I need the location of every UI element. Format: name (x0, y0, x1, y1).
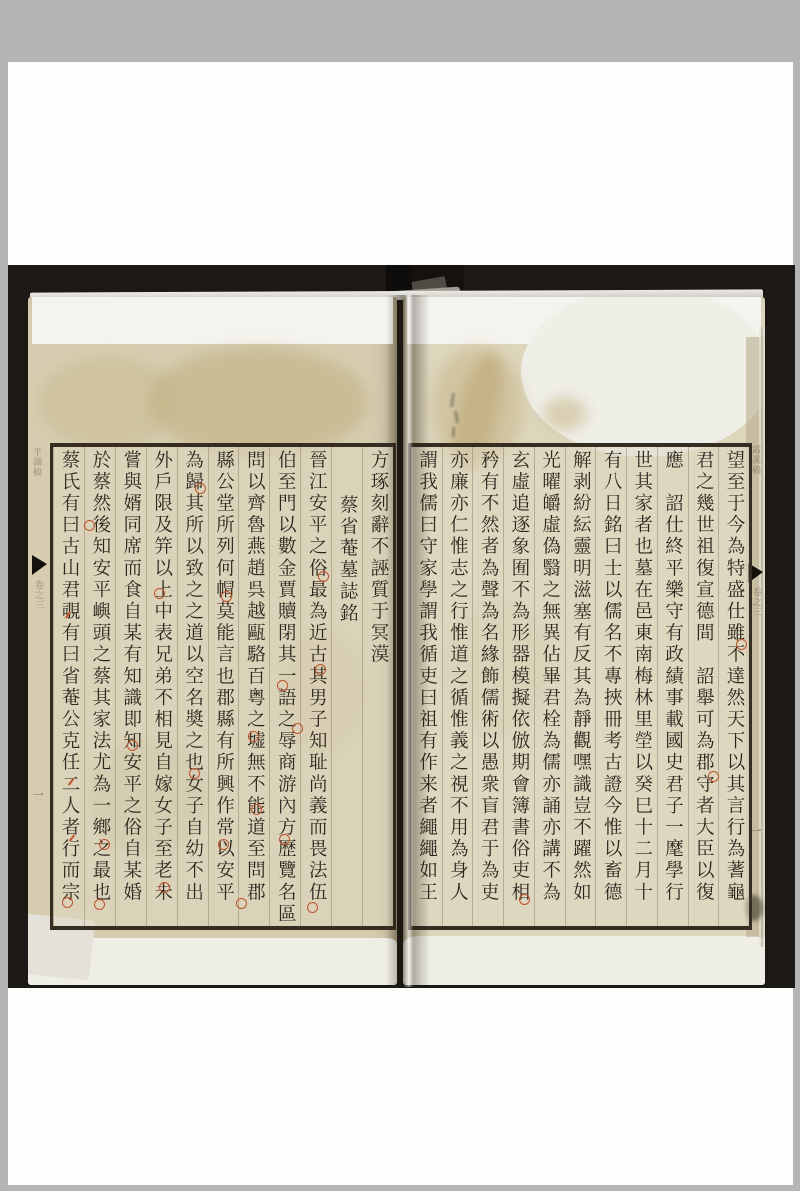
photo-vignette (8, 265, 795, 988)
book-photo: 平湖稿 卷之三 一 方琢刻辭不誣質于冥漠蔡省菴墓誌銘晉江安平之俗最為近古其男子知… (8, 265, 795, 988)
top-white-matte (8, 62, 793, 265)
bottom-white-matte (8, 988, 793, 1185)
scan-page: 平湖稿 卷之三 一 方琢刻辭不誣質于冥漠蔡省菴墓誌銘晉江安平之俗最為近古其男子知… (0, 0, 800, 1191)
